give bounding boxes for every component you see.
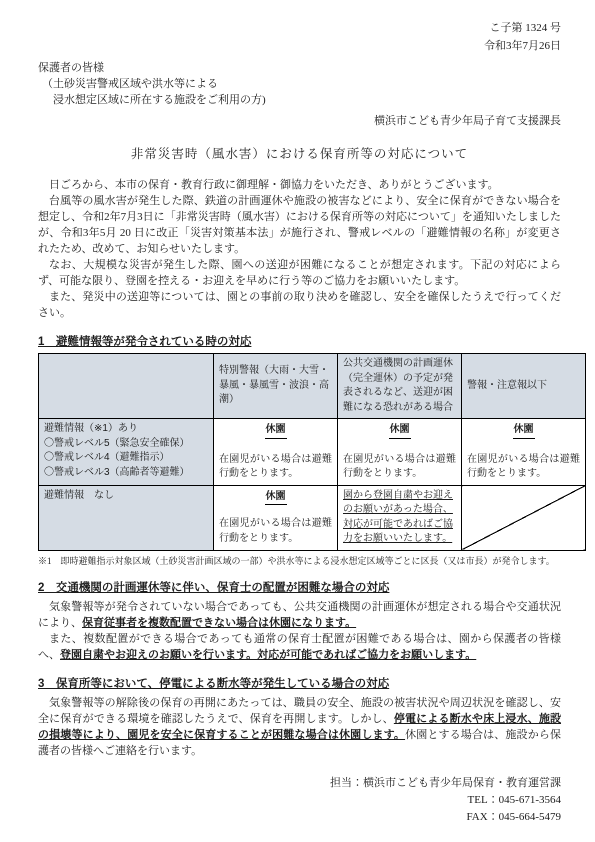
sender-name: 横浜市こども青少年局子育て支援課長 (38, 113, 561, 129)
document-title: 非常災害時（風水害）における保育所等の対応について (38, 146, 561, 162)
row-label-line: 〇警戒レベル5（緊急安全確保） (44, 437, 208, 452)
table-row-evac-info-yes: 避難情報（※1）あり 〇警戒レベル5（緊急安全確保） 〇警戒レベル4（避難指示）… (39, 419, 586, 486)
header-cell-transit-suspension: 公共交通機関の計画運休（完全運休）の予定が発表されるなど、送迎が困難になる恐れが… (338, 354, 462, 419)
section3-heading: 3 保育所等において、停電による断水等が発生している場合の対応 (38, 676, 561, 692)
recipient-line-1: 保護者の皆様 (38, 60, 561, 76)
contact-tel: TEL：045-671-3564 (38, 792, 561, 809)
intro-paragraph-3: なお、大規模な災害が発生した際、園への送迎が困難になることが想定されます。下記の… (38, 257, 561, 289)
section2-heading: 2 交通機関の計画運休等に伴い、保育士の配置が困難な場合の対応 (38, 580, 561, 596)
closed-note: 在園児がいる場合は避難行動をとります。 (343, 453, 456, 482)
cell-closed-2: 休園 在園児がいる場合は避難行動をとります。 (338, 419, 462, 486)
contact-department: 担当：横浜市こども青少年局保育・教育運営課 (38, 775, 561, 792)
contact-fax: FAX：045-664-5479 (38, 809, 561, 826)
closed-note: 在園児がいる場合は避難行動をとります。 (467, 453, 580, 482)
section2-p1-emphasis: 保育従事者を複数配置できない場合は休園になります。 (82, 617, 356, 629)
row-label-line: 〇警戒レベル3（高齢者等避難） (44, 466, 208, 481)
diagonal-slash-cell (462, 485, 586, 550)
closed-label: 休園 (265, 423, 287, 439)
cell-cooperation-request: 園から登園自粛やお迎えのお願いがあった場合、対応が可能であればご協力をお願いいた… (338, 485, 462, 550)
header-cell-special-warning: 特別警報（大雨・大雪・暴風・暴風雪・波浪・高潮） (214, 354, 338, 419)
row-label-evac-info-no: 避難情報 なし (39, 485, 214, 550)
section2-paragraph-2: また、複数配置ができる場合であっても通常の保育士配置が困難である場合は、園から保… (38, 631, 561, 663)
recipient-line-2: （土砂災害警戒区域や洪水等による (38, 76, 561, 92)
table-row-evac-info-no: 避難情報 なし 休園 在園児がいる場合は避難行動をとります。 園から登園自粛やお… (39, 485, 586, 550)
closed-note: 在園児がいる場合は避難行動をとります。 (219, 517, 332, 546)
doc-date: 令和3年7月26日 (38, 38, 561, 54)
section2-paragraph-1: 気象警報等が発令されていない場合であっても、公共交通機関の計画運休が想定される場… (38, 599, 561, 631)
section3-paragraph-1: 気象警報等の解除後の保育の再開にあたっては、職員の安全、施設の被害状況や周辺状況… (38, 695, 561, 759)
row-label-line: 避難情報（※1）あり (44, 422, 208, 437)
row-label-line: 〇警戒レベル4（避難指示） (44, 451, 208, 466)
cell-closed-1: 休園 在園児がいる場合は避難行動をとります。 (214, 419, 338, 486)
header-cell-empty (39, 354, 214, 419)
closed-label: 休園 (513, 423, 535, 439)
section2-p2-emphasis: 登園自粛やお迎えのお願いを行います。対応が可能であればご協力をお願いします。 (60, 649, 476, 661)
intro-paragraph-4: また、発災中の送迎等については、園との事前の取り決めを確認し、安全を確保したうえ… (38, 289, 561, 321)
doc-number: こ子第 1324 号 (38, 20, 561, 36)
table-footnote: ※1 即時避難指示対象区域（土砂災害計画区域の一部）や洪水等による浸水想定区域等… (38, 555, 561, 567)
document-page: こ子第 1324 号 令和3年7月26日 保護者の皆様 （土砂災害警戒区域や洪水… (0, 0, 595, 842)
intro-paragraph-2: 台風等の風水害が発生した際、鉄道の計画運休や施設の被害などにより、安全に保育がで… (38, 193, 561, 257)
closed-label: 休園 (389, 423, 411, 439)
cell-closed-4: 休園 在園児がいる場合は避難行動をとります。 (214, 485, 338, 550)
intro-paragraph-1: 日ごろから、本市の保育・教育行政に御理解・御協力をいただき、ありがとうございます… (38, 177, 561, 193)
cooperation-request-text: 園から登園自粛やお迎えのお願いがあった場合、対応が可能であればご協力をお願いいた… (343, 490, 453, 545)
evacuation-response-table: 特別警報（大雨・大雪・暴風・暴風雪・波浪・高潮） 公共交通機関の計画運休（完全運… (38, 353, 586, 551)
cell-closed-3: 休園 在園児がいる場合は避難行動をとります。 (462, 419, 586, 486)
contact-block: 担当：横浜市こども青少年局保育・教育運営課 TEL：045-671-3564 F… (38, 775, 561, 826)
closed-label: 休園 (265, 490, 287, 506)
closed-note: 在園児がいる場合は避難行動をとります。 (219, 453, 332, 482)
recipient-line-3: 浸水想定区域に所在する施設をご利用の方) (38, 92, 561, 108)
header-cell-warning-or-less: 警報・注意報以下 (462, 354, 586, 419)
section1-heading: 1 避難情報等が発令されている時の対応 (38, 334, 561, 350)
row-label-evac-info-yes: 避難情報（※1）あり 〇警戒レベル5（緊急安全確保） 〇警戒レベル4（避難指示）… (39, 419, 214, 486)
table-header-row: 特別警報（大雨・大雪・暴風・暴風雪・波浪・高潮） 公共交通機関の計画運休（完全運… (39, 354, 586, 419)
recipient-block: 保護者の皆様 （土砂災害警戒区域や洪水等による 浸水想定区域に所在する施設をご利… (38, 60, 561, 108)
